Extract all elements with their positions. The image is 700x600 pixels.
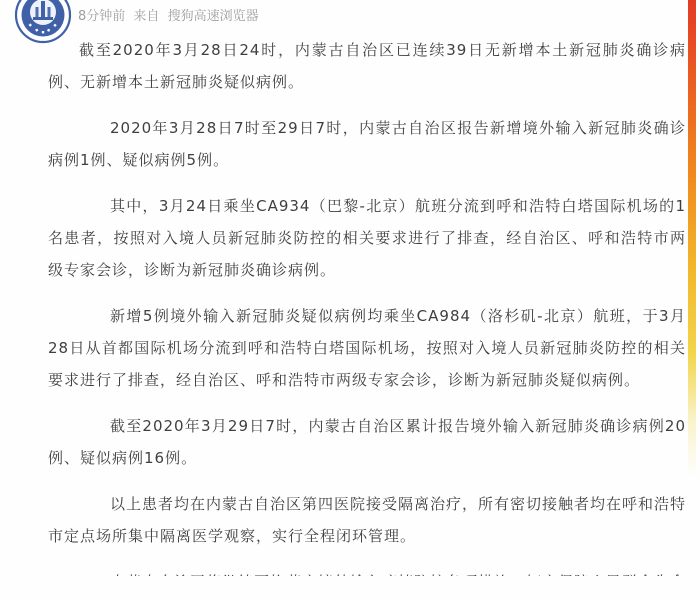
post-body: 截至2020年3月28日24时，内蒙古自治区已连续39日无新增本土新冠肺炎确诊病…	[0, 26, 700, 576]
source-app-link[interactable]: 搜狗高速浏览器	[168, 9, 259, 24]
seal-avatar-icon	[14, 0, 72, 44]
right-accent-stripe	[688, 0, 696, 478]
via-label: 来自	[133, 9, 159, 24]
post-paragraph: 2020年3月28日7时至29日7时，内蒙古自治区报告新增境外输入新冠肺炎确诊病…	[48, 112, 686, 176]
post-paragraph: 截至2020年3月29日7时，内蒙古自治区累计报告境外输入新冠肺炎确诊病例20例…	[48, 410, 686, 474]
post-paragraph: 新增5例境外输入新冠肺炎疑似病例均乘坐CA984（洛杉矶-北京）航班，于3月28…	[48, 300, 686, 396]
post-timestamp: 8分钟前	[78, 9, 125, 24]
post-paragraph: 截至2020年3月28日24时，内蒙古自治区已连续39日无新增本土新冠肺炎确诊病…	[48, 34, 686, 98]
post-paragraph: 以上患者均在内蒙古自治区第四医院接受隔离治疗，所有密切接触者均在呼和浩特市定点场…	[48, 488, 686, 552]
avatar[interactable]	[14, 0, 72, 44]
post-meta: 8分钟前 来自 搜狗高速浏览器	[78, 8, 686, 26]
post-paragraph: 其中，3月24日乘坐CA934（巴黎-北京）航班分流到呼和浩特白塔国际机场的1名…	[48, 190, 686, 286]
weibo-post: 8分钟前 来自 搜狗高速浏览器 截至2020年3月28日24时，内蒙古自治区已连…	[0, 0, 700, 600]
post-paragraph-clipped: 内蒙古自治区将继续严格落实境外输入疫情防控各项措施，切实保障人民群众生命安全和身…	[48, 566, 686, 576]
